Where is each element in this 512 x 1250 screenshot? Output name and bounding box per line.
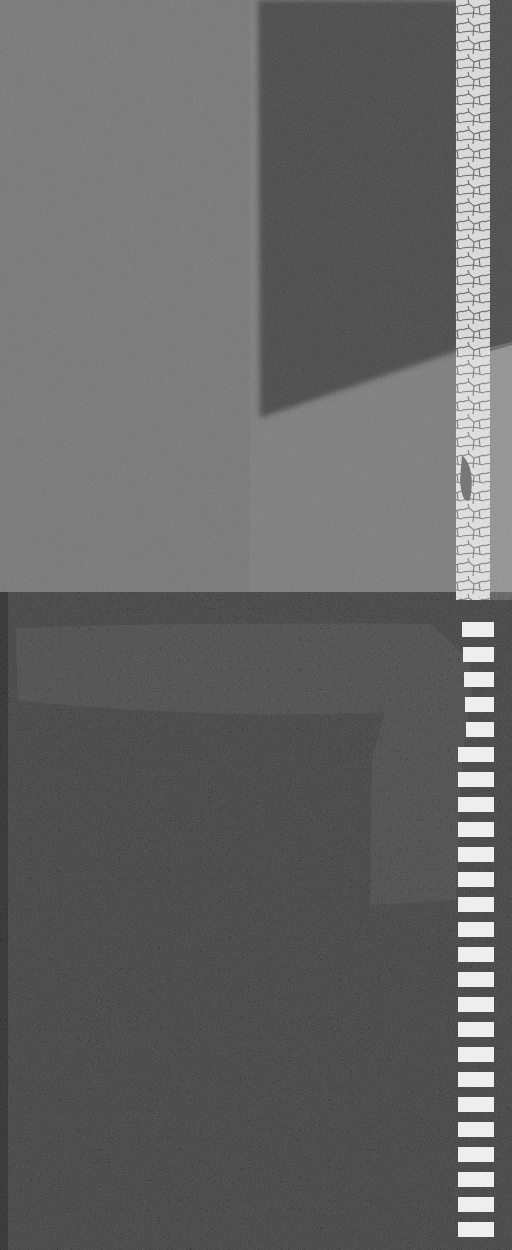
asphalt-road-photo xyxy=(0,0,512,1250)
road-surface-image xyxy=(0,0,512,1250)
